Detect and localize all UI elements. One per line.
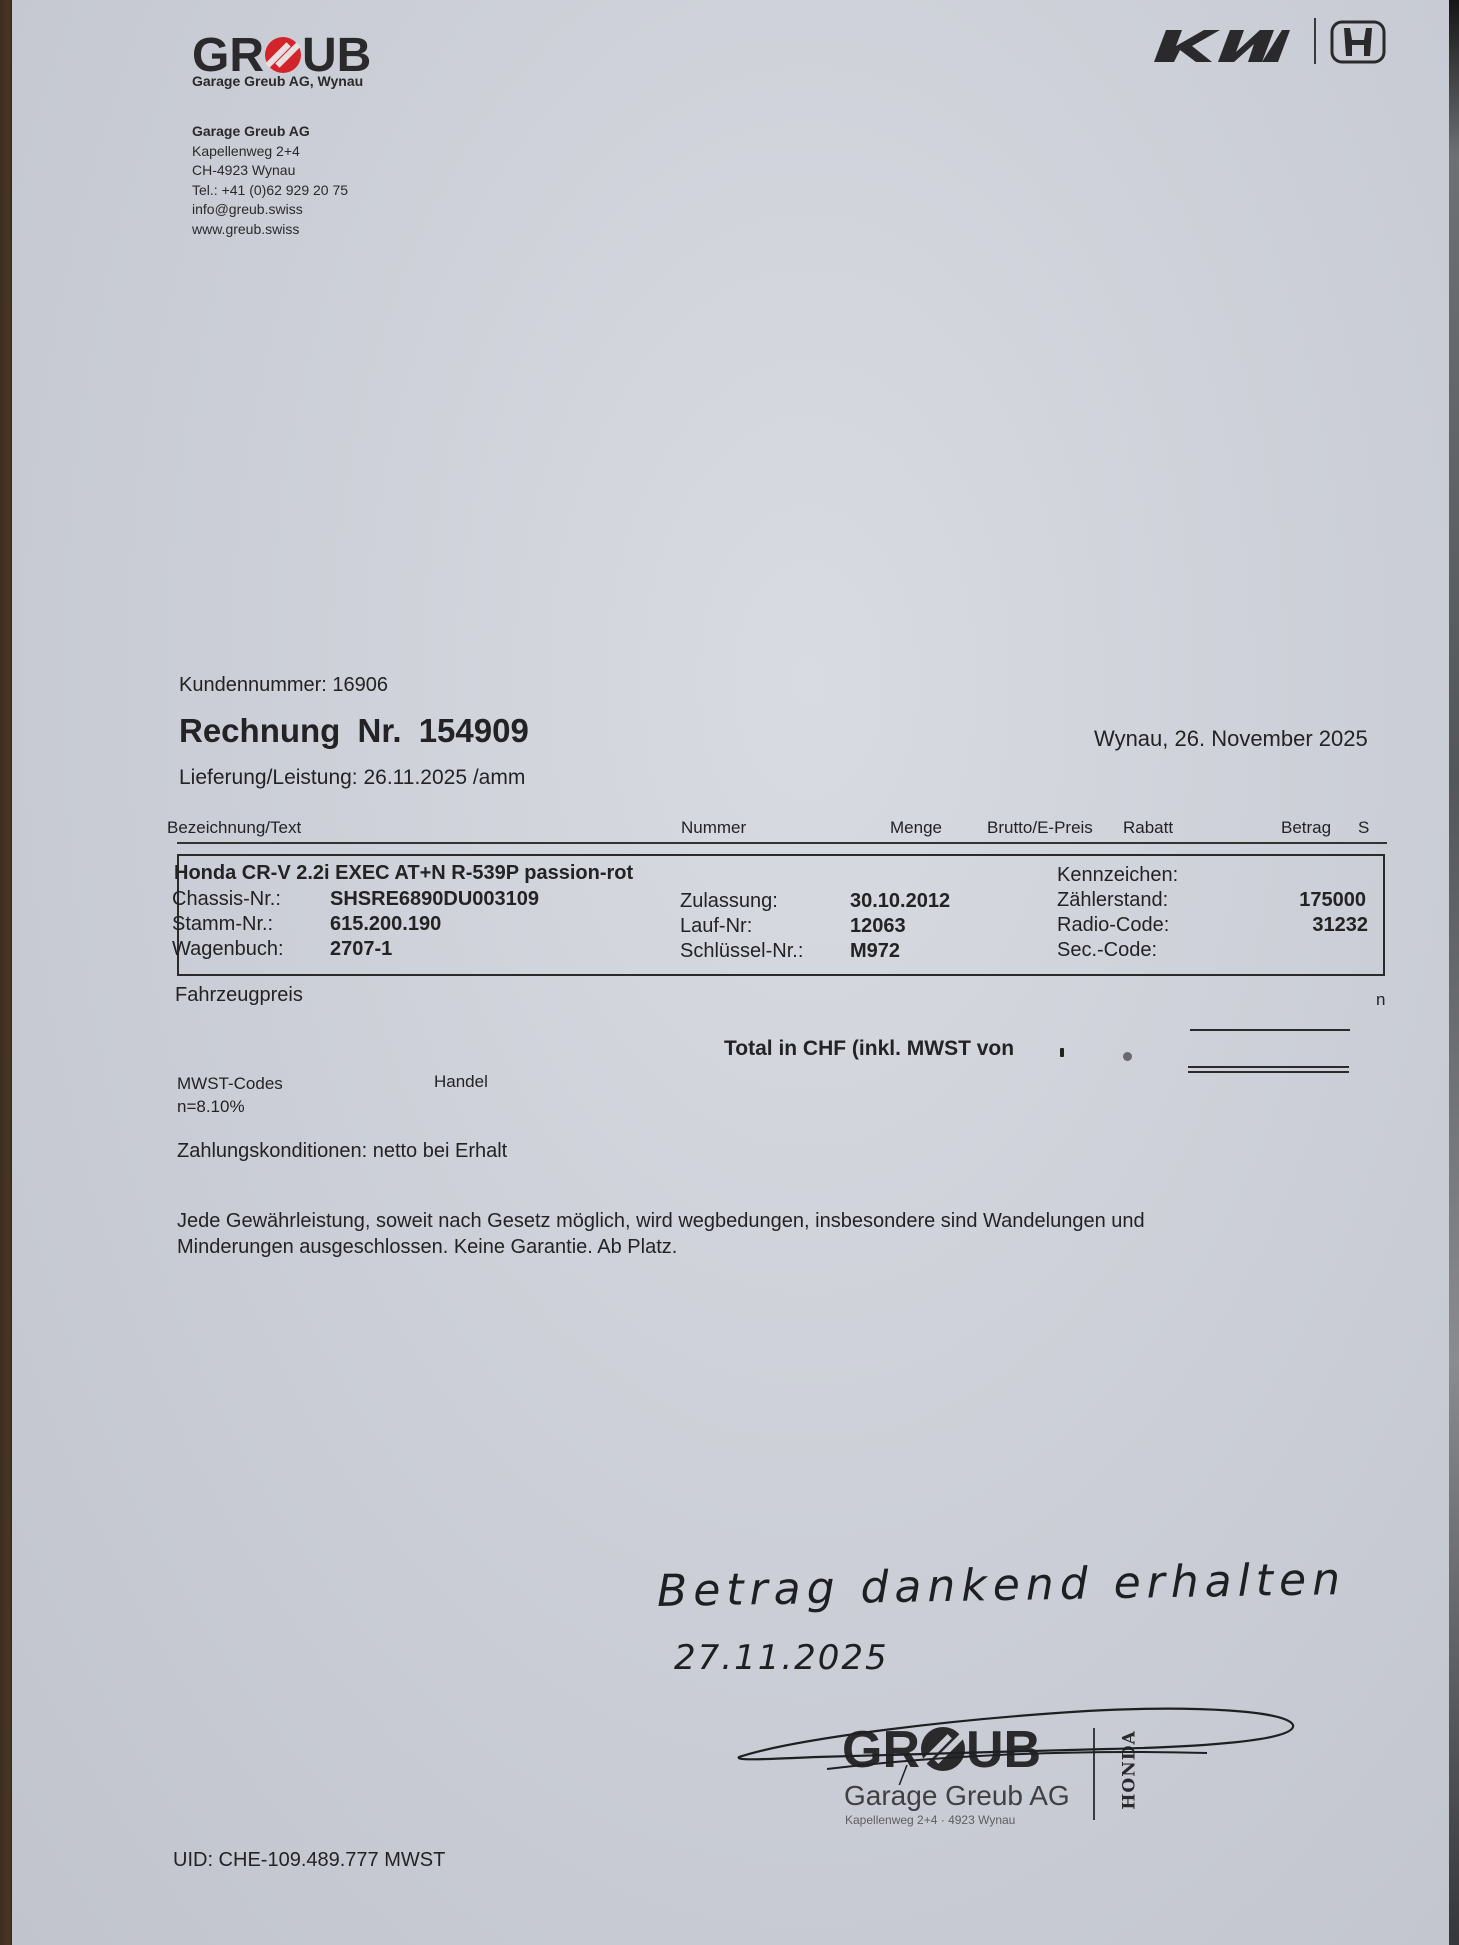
signature-icon bbox=[727, 1705, 1297, 1785]
vat-codes-title: MWST-Codes bbox=[177, 1072, 283, 1095]
background-edge bbox=[1449, 0, 1459, 1945]
registration-value: 30.10.2012 bbox=[850, 890, 950, 913]
key-number-value: M972 bbox=[850, 940, 900, 963]
line-item-vehicle-price: Fahrzeugpreis bbox=[175, 984, 303, 1007]
warranty-line-1: Jede Gewährleistung, soweit nach Gesetz … bbox=[177, 1208, 1145, 1234]
kia-logo-icon bbox=[1152, 22, 1292, 64]
company-phone: Tel.: +41 (0)62 929 20 75 bbox=[192, 181, 348, 201]
column-quantity: Menge bbox=[890, 818, 942, 838]
company-city: CH-4923 Wynau bbox=[192, 161, 348, 181]
lauf-nr-label: Lauf-Nr: bbox=[680, 915, 752, 938]
invoice-place-date: Wynau, 26. November 2025 bbox=[1094, 726, 1368, 752]
ink-mark bbox=[1060, 1048, 1064, 1057]
sec-code-label: Sec.-Code: bbox=[1057, 939, 1157, 962]
vat-category: Handel bbox=[434, 1072, 488, 1092]
odometer-value: 175000 bbox=[1299, 889, 1366, 912]
honda-logo-icon bbox=[1330, 20, 1386, 64]
company-address: Garage Greub AG Kapellenweg 2+4 CH-4923 … bbox=[192, 122, 348, 239]
column-gross-price: Brutto/E-Preis bbox=[987, 818, 1093, 838]
company-web: www.greub.swiss bbox=[192, 220, 348, 240]
table-header-rule bbox=[177, 842, 1387, 844]
vat-rate: n=8.10% bbox=[177, 1095, 283, 1118]
chassis-value: SHSRE6890DU003109 bbox=[330, 888, 539, 911]
company-name: Garage Greub AG bbox=[192, 122, 348, 142]
wagenbuch-value: 2707-1 bbox=[330, 938, 392, 961]
stamp-address: Kapellenweg 2+4 · 4923 Wynau bbox=[845, 1813, 1015, 1827]
stamm-label: Stamm-Nr.: bbox=[172, 913, 273, 936]
customer-number: Kundennummer: 16906 bbox=[179, 674, 388, 697]
company-street: Kapellenweg 2+4 bbox=[192, 142, 348, 162]
handwritten-note: Betrag dankend erhalten bbox=[657, 1554, 1347, 1617]
total-double-rule-bottom bbox=[1188, 1071, 1349, 1073]
invoice-paper: GRUB Garage Greub AG, Wynau Garage Greub… bbox=[12, 0, 1459, 1945]
total-double-rule-top bbox=[1188, 1066, 1349, 1068]
vat-uid: UID: CHE-109.489.777 MWST bbox=[173, 1849, 445, 1872]
brand-divider bbox=[1314, 18, 1316, 64]
total-label: Total in CHF (inkl. MWST von bbox=[724, 1037, 1014, 1061]
payment-terms: Zahlungskonditionen: netto bei Erhalt bbox=[177, 1140, 507, 1163]
column-number: Nummer bbox=[681, 818, 746, 838]
warranty-line-2: Minderungen ausgeschlossen. Keine Garant… bbox=[177, 1234, 1145, 1260]
handwritten-date: 27.11.2025 bbox=[674, 1638, 889, 1678]
column-description: Bezeichnung/Text bbox=[167, 818, 301, 838]
invoice-title: Rechnung Nr. 154909 bbox=[179, 712, 529, 750]
chassis-label: Chassis-Nr.: bbox=[172, 888, 281, 911]
delivery-date: Lieferung/Leistung: 26.11.2025 /amm bbox=[179, 766, 525, 790]
subtotal-rule bbox=[1190, 1029, 1350, 1031]
radio-code-label: Radio-Code: bbox=[1057, 914, 1169, 937]
company-email: info@greub.swiss bbox=[192, 200, 348, 220]
warranty-text: Jede Gewährleistung, soweit nach Gesetz … bbox=[177, 1208, 1145, 1260]
registration-label: Zulassung: bbox=[680, 890, 778, 913]
line-item-vat-code: n bbox=[1376, 990, 1385, 1010]
vat-codes: MWST-Codes n=8.10% bbox=[177, 1072, 283, 1118]
greub-e-mark-icon bbox=[265, 37, 301, 73]
plate-label: Kennzeichen: bbox=[1057, 864, 1178, 887]
logo-tagline: Garage Greub AG, Wynau bbox=[192, 73, 363, 89]
odometer-label: Zählerstand: bbox=[1057, 889, 1168, 912]
ink-blot bbox=[1123, 1052, 1132, 1061]
column-amount: Betrag bbox=[1281, 818, 1331, 838]
lauf-nr-value: 12063 bbox=[850, 915, 906, 938]
key-number-label: Schlüssel-Nr.: bbox=[680, 940, 803, 963]
wagenbuch-label: Wagenbuch: bbox=[172, 938, 284, 961]
stamm-value: 615.200.190 bbox=[330, 913, 441, 936]
vehicle-description: Honda CR-V 2.2i EXEC AT+N R-539P passion… bbox=[174, 862, 633, 885]
radio-code-value: 31232 bbox=[1312, 914, 1368, 937]
column-vat-code: S bbox=[1358, 818, 1369, 838]
column-discount: Rabatt bbox=[1123, 818, 1173, 838]
